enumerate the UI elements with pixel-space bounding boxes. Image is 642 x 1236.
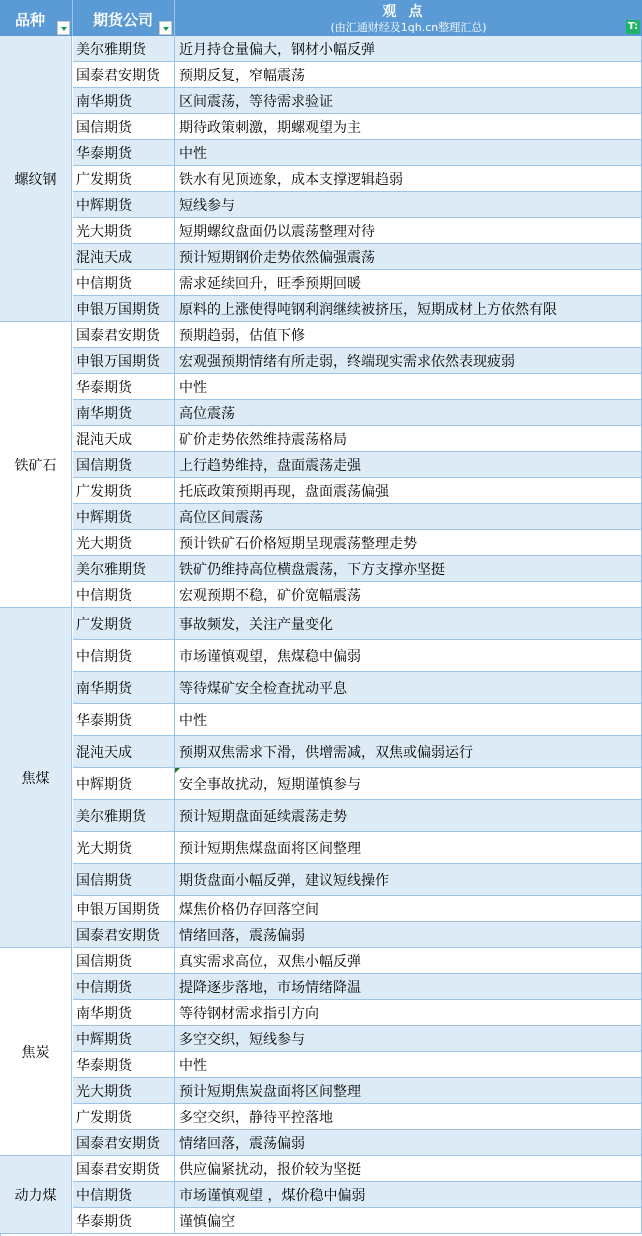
view-cell[interactable]: 上行趋势维持，盘面震荡走强 [175, 452, 642, 477]
view-cell[interactable]: 情绪回落，震荡偏弱 [175, 1130, 642, 1155]
variety-cell[interactable]: 铁矿石 [0, 322, 72, 608]
company-cell[interactable]: 广发期货 [73, 1104, 175, 1129]
company-cell[interactable]: 美尔雅期货 [73, 556, 175, 581]
table-row: 国信期货真实需求高位，双焦小幅反弹 [73, 948, 642, 974]
company-cell[interactable]: 南华期货 [73, 1000, 175, 1025]
company-cell[interactable]: 南华期货 [73, 400, 175, 425]
spreadsheet: 品种 期货公司 观点 (由汇通财经及1qh.cn整理汇总) T: 美尔雅期货近月… [0, 0, 642, 1236]
company-cell[interactable]: 国信期货 [73, 114, 175, 139]
view-cell[interactable]: 近月持仓量偏大，钢材小幅反弹 [175, 36, 642, 61]
company-cell[interactable]: 中辉期货 [73, 504, 175, 529]
header-company: 期货公司 [73, 0, 175, 36]
company-cell[interactable]: 华泰期货 [73, 704, 175, 735]
view-cell[interactable]: 预期趋弱，估值下修 [175, 322, 642, 347]
company-cell[interactable]: 国信期货 [73, 948, 175, 973]
table-row: 国信期货上行趋势维持，盘面震荡走强 [73, 452, 642, 478]
view-cell[interactable]: 预期双焦需求下滑，供增需减，双焦或偏弱运行 [175, 736, 642, 767]
view-cell[interactable]: 事故频发，关注产量变化 [175, 608, 642, 639]
company-cell[interactable]: 南华期货 [73, 88, 175, 113]
variety-cell[interactable]: 焦煤 [0, 608, 72, 948]
view-cell[interactable]: 多空交织，静待平控落地 [175, 1104, 642, 1129]
view-cell[interactable]: 预计铁矿石价格短期呈现震荡整理走势 [175, 530, 642, 555]
view-cell[interactable]: 短期螺纹盘面仍以震荡整理对待 [175, 218, 642, 243]
view-cell[interactable]: 等待煤矿安全检查扰动平息 [175, 672, 642, 703]
view-cell[interactable]: 中性 [175, 1052, 642, 1077]
view-cell[interactable]: 矿价走势依然维持震荡格局 [175, 426, 642, 451]
company-cell[interactable]: 广发期货 [73, 478, 175, 503]
table-row: 国泰君安期货情绪回落，震荡偏弱 [73, 922, 642, 948]
table-row: 美尔雅期货预计短期盘面延续震荡走势 [73, 800, 642, 832]
company-cell[interactable]: 国泰君安期货 [73, 62, 175, 87]
table-row: 国信期货期待政策刺激，期螺观望为主 [73, 114, 642, 140]
company-cell[interactable]: 广发期货 [73, 166, 175, 191]
view-cell[interactable]: 托底政策预期再现，盘面震荡偏强 [175, 478, 642, 503]
table-row: 中辉期货多空交织，短线参与 [73, 1026, 642, 1052]
company-cell[interactable]: 中信期货 [73, 1182, 175, 1207]
view-cell[interactable]: 预期反复，窄幅震荡 [175, 62, 642, 87]
company-cell[interactable]: 广发期货 [73, 608, 175, 639]
table-row: 申银万国期货宏观强预期情绪有所走弱，终端现实需求依然表现疲弱 [73, 348, 642, 374]
view-cell[interactable]: 真实需求高位，双焦小幅反弹 [175, 948, 642, 973]
table-row: 光大期货预计短期焦炭盘面将区间整理 [73, 1078, 642, 1104]
table-row: 国泰君安期货预期反复，窄幅震荡 [73, 62, 642, 88]
view-cell[interactable]: 中性 [175, 704, 642, 735]
table-row: 南华期货区间震荡，等待需求验证 [73, 88, 642, 114]
view-cell[interactable]: 短线参与 [175, 192, 642, 217]
variety-cell[interactable]: 动力煤 [0, 1156, 72, 1234]
company-cell[interactable]: 中信期货 [73, 974, 175, 999]
comment-indicator-icon[interactable] [175, 768, 180, 773]
company-cell[interactable]: 光大期货 [73, 530, 175, 555]
view-cell[interactable]: 高位震荡 [175, 400, 642, 425]
company-cell[interactable]: 中辉期货 [73, 768, 175, 799]
table-row: 南华期货等待钢材需求指引方向 [73, 1000, 642, 1026]
company-cell[interactable]: 申银万国期货 [73, 896, 175, 921]
table-row: 华泰期货中性 [73, 140, 642, 166]
view-cell[interactable]: 情绪回落，震荡偏弱 [175, 922, 642, 947]
table-row: 美尔雅期货近月持仓量偏大，钢材小幅反弹 [73, 36, 642, 62]
company-cell[interactable]: 华泰期货 [73, 374, 175, 399]
view-cell[interactable]: 提降逐步落地，市场情绪降温 [175, 974, 642, 999]
table-row: 美尔雅期货铁矿仍维持高位横盘震荡，下方支撑亦坚挺 [73, 556, 642, 582]
table-row: 华泰期货中性 [73, 374, 642, 400]
company-cell[interactable]: 南华期货 [73, 672, 175, 703]
view-cell[interactable]: 预计短期盘面延续震荡走势 [175, 800, 642, 831]
table-row: 华泰期货谨慎偏空 [73, 1208, 642, 1234]
company-cell[interactable]: 华泰期货 [73, 1208, 175, 1233]
table-row: 光大期货预计铁矿石价格短期呈现震荡整理走势 [73, 530, 642, 556]
table-row: 中信期货宏观预期不稳，矿价宽幅震荡 [73, 582, 642, 608]
company-cell[interactable]: 国泰君安期货 [73, 1156, 175, 1181]
company-cell[interactable]: 混沌天成 [73, 244, 175, 269]
table-row: 光大期货预计短期焦煤盘面将区间整理 [73, 832, 642, 864]
view-cell[interactable]: 高位区间震荡 [175, 504, 642, 529]
table-row: 广发期货多空交织，静待平控落地 [73, 1104, 642, 1130]
table-row: 中辉期货安全事故扰动，短期谨慎参与 [73, 768, 642, 800]
view-cell[interactable]: 预计短期焦炭盘面将区间整理 [175, 1078, 642, 1103]
variety-cell[interactable]: 焦炭 [0, 948, 72, 1156]
table-row: 广发期货铁水有见顶迹象，成本支撑逻辑趋弱 [73, 166, 642, 192]
view-cell[interactable]: 铁矿仍维持高位横盘震荡，下方支撑亦坚挺 [175, 556, 642, 581]
header-variety-label: 品种 [15, 9, 45, 30]
table-row: 申银万国期货煤焦价格仍存回落空间 [73, 896, 642, 922]
company-cell[interactable]: 国泰君安期货 [73, 1130, 175, 1155]
table-row: 国泰君安期货情绪回落，震荡偏弱 [73, 1130, 642, 1156]
header-variety: 品种 [0, 0, 73, 36]
company-cell[interactable]: 中信期货 [73, 640, 175, 671]
filter-active-icon[interactable]: T: [626, 20, 640, 34]
view-cell[interactable]: 期货盘面小幅反弹，建议短线操作 [175, 864, 642, 895]
table-row: 中信期货市场谨慎观望 ，煤价稳中偏弱 [73, 1182, 642, 1208]
view-cell[interactable]: 多空交织，短线参与 [175, 1026, 642, 1051]
company-cell[interactable]: 申银万国期货 [73, 348, 175, 373]
view-cell[interactable]: 供应偏紧扰动，报价较为坚挺 [175, 1156, 642, 1181]
table-row: 中信期货需求延续回升，旺季预期回暖 [73, 270, 642, 296]
table-row: 中信期货提降逐步落地，市场情绪降温 [73, 974, 642, 1000]
table-row: 南华期货高位震荡 [73, 400, 642, 426]
view-cell[interactable]: 预计短期钢价走势依然偏强震荡 [175, 244, 642, 269]
view-cell[interactable]: 安全事故扰动，短期谨慎参与 [175, 768, 642, 799]
company-cell[interactable]: 国信期货 [73, 864, 175, 895]
company-cell[interactable]: 美尔雅期货 [73, 800, 175, 831]
table-row: 混沌天成预期双焦需求下滑，供增需减，双焦或偏弱运行 [73, 736, 642, 768]
company-cell[interactable]: 中辉期货 [73, 192, 175, 217]
view-cell[interactable]: 市场谨慎观望 ，煤价稳中偏弱 [175, 1182, 642, 1207]
view-cell[interactable]: 等待钢材需求指引方向 [175, 1000, 642, 1025]
table-row: 国泰君安期货供应偏紧扰动，报价较为坚挺 [73, 1156, 642, 1182]
header-row: 品种 期货公司 观点 (由汇通财经及1qh.cn整理汇总) T: [0, 0, 642, 36]
header-view-source: (由汇通财经及1qh.cn整理汇总) [175, 19, 642, 35]
view-cell[interactable]: 市场谨慎观望，焦煤稳中偏弱 [175, 640, 642, 671]
table-row: 南华期货等待煤矿安全检查扰动平息 [73, 672, 642, 704]
view-cell[interactable]: 谨慎偏空 [175, 1208, 642, 1233]
table-row: 国信期货期货盘面小幅反弹，建议短线操作 [73, 864, 642, 896]
company-cell[interactable]: 国信期货 [73, 452, 175, 477]
table-row: 中信期货市场谨慎观望，焦煤稳中偏弱 [73, 640, 642, 672]
table-row: 华泰期货中性 [73, 704, 642, 736]
company-cell[interactable]: 光大期货 [73, 218, 175, 243]
company-cell[interactable]: 申银万国期货 [73, 296, 175, 321]
view-cell[interactable]: 中性 [175, 374, 642, 399]
table-row: 混沌天成矿价走势依然维持震荡格局 [73, 426, 642, 452]
view-cell[interactable]: 中性 [175, 140, 642, 165]
view-cell[interactable]: 原料的上涨使得吨钢利润继续被挤压，短期成材上方依然有限 [175, 296, 642, 321]
table-row: 混沌天成预计短期钢价走势依然偏强震荡 [73, 244, 642, 270]
company-cell[interactable]: 国泰君安期货 [73, 322, 175, 347]
table-row: 华泰期货中性 [73, 1052, 642, 1078]
header-company-label: 期货公司 [93, 9, 153, 30]
view-cell[interactable]: 期待政策刺激，期螺观望为主 [175, 114, 642, 139]
table-row: 光大期货短期螺纹盘面仍以震荡整理对待 [73, 218, 642, 244]
filter-dropdown-icon[interactable] [159, 21, 172, 35]
view-cell[interactable]: 区间震荡，等待需求验证 [175, 88, 642, 113]
view-cell[interactable]: 宏观强预期情绪有所走弱，终端现实需求依然表现疲弱 [175, 348, 642, 373]
header-view-label: 观点 [175, 1, 642, 21]
table-row: 国泰君安期货预期趋弱，估值下修 [73, 322, 642, 348]
table-row: 申银万国期货原料的上涨使得吨钢利润继续被挤压，短期成材上方依然有限 [73, 296, 642, 322]
view-cell[interactable]: 铁水有见顶迹象，成本支撑逻辑趋弱 [175, 166, 642, 191]
table-row: 广发期货托底政策预期再现，盘面震荡偏强 [73, 478, 642, 504]
company-cell[interactable]: 华泰期货 [73, 140, 175, 165]
view-cell[interactable]: 煤焦价格仍存回落空间 [175, 896, 642, 921]
company-cell[interactable]: 光大期货 [73, 1078, 175, 1103]
table-row: 中辉期货短线参与 [73, 192, 642, 218]
view-cell[interactable]: 宏观预期不稳，矿价宽幅震荡 [175, 582, 642, 607]
company-cell[interactable]: 混沌天成 [73, 426, 175, 451]
company-cell[interactable]: 中信期货 [73, 270, 175, 295]
table-row: 中辉期货高位区间震荡 [73, 504, 642, 530]
company-cell[interactable]: 国泰君安期货 [73, 922, 175, 947]
company-cell[interactable]: 光大期货 [73, 832, 175, 863]
company-cell[interactable]: 美尔雅期货 [73, 36, 175, 61]
company-cell[interactable]: 混沌天成 [73, 736, 175, 767]
view-cell[interactable]: 预计短期焦煤盘面将区间整理 [175, 832, 642, 863]
company-cell[interactable]: 中信期货 [73, 582, 175, 607]
header-view: 观点 (由汇通财经及1qh.cn整理汇总) T: [175, 0, 642, 36]
filter-dropdown-icon[interactable] [57, 21, 70, 35]
company-cell[interactable]: 华泰期货 [73, 1052, 175, 1077]
variety-cell[interactable]: 螺纹钢 [0, 36, 72, 322]
company-cell[interactable]: 中辉期货 [73, 1026, 175, 1051]
table-row: 广发期货事故频发，关注产量变化 [73, 608, 642, 640]
view-cell[interactable]: 需求延续回升，旺季预期回暖 [175, 270, 642, 295]
